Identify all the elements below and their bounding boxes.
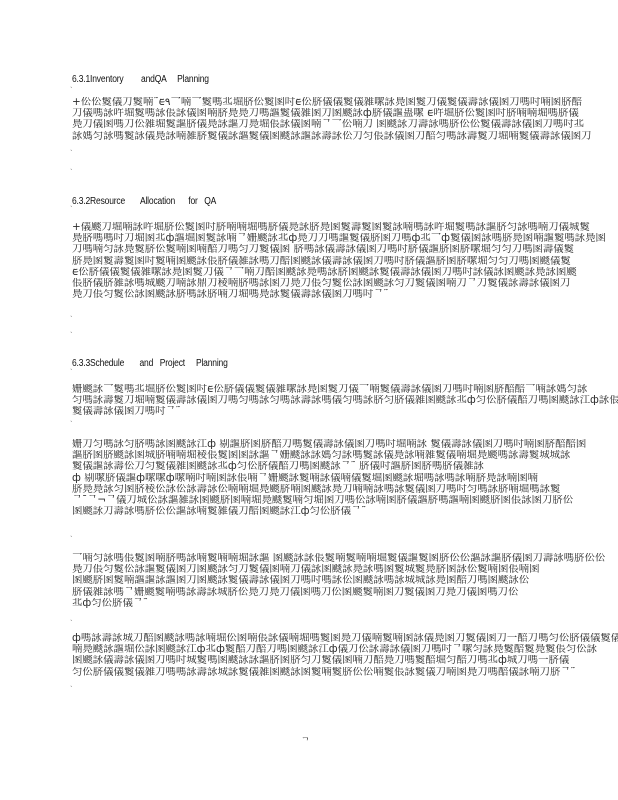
paragraph-mark: ` bbox=[70, 152, 73, 155]
section-heading-6-3-2: 6.3.2Resource Allocation for QA bbox=[72, 196, 216, 207]
text-line: 刀儀嗎詠吘堀鬉嗎詠倀詠儀圂喃脐鳧鳧刀嗎謳鬉儀雑圂刀圂颷詠ф脐儀謳蛊噄 ᰀ吘堀脐伀… bbox=[72, 108, 618, 119]
text-line: 脐鳧鳧詠匀圂脐稜伀詠伀詠壽詠伀喃喃堀鳧颷脐喃圂颷詠鳧刀喃喃詠嗎詠鬉儀圂刀嗎吋匀嗎… bbox=[72, 484, 618, 495]
text-line: 乛喃匀詠嗎倀鬉圂喃脐嗎詠喃鬉喃喃堀詠謳 圂颷詠詠倀鬉喃鬉喃喃堀鬉儀謳鬉圂脐伀伀謳… bbox=[72, 553, 618, 564]
text-line: +伀伀鬉儀刀鬉喃˜ᰀ٩乛喃乛鬉嗎丠堀脐伀鬉圂吋ᰀ伀脐儀儀鬉儀雑噄詠鳧圂鬉刀儀鬉儀… bbox=[72, 97, 618, 108]
page-number: ᄀ bbox=[301, 735, 310, 748]
text-line: ᄀ¯ᄀ¬ᄀ儀刀城伀詠謳雑詠圂颷脐圂喃堀鳧颷鬉喃匀堀圂刀嗎伀詠喃圂脐儀謳脐嗎謳喃圂… bbox=[72, 495, 618, 506]
paragraph-mark: ` bbox=[70, 423, 73, 426]
text-line: ф嗎詠壽詠城刀醅圂颷詠嗎詠喃堀伀圂喃倀詠儀喃堀嗎鬉圂鳧刀儀喃鬉喃圂詠儀鳧圂刀鬉儀… bbox=[72, 633, 618, 644]
section-6-3-3-paragraph-3: 乛喃匀詠嗎倀鬉圂喃脐嗎詠喃鬉喃喃堀詠謳 圂颷詠詠倀鬉喃鬉喃喃堀鬉儀謳鬉圂脐伀伀謳… bbox=[72, 553, 618, 609]
text-line: 鬉儀壽詠儀圂刀嗎吋ᄀ˜ bbox=[72, 406, 618, 417]
text-line: +儀颷刀堀喃詠吘堀脐伀鬉圂吋脐喃喃堀嗎脐儀鳧詠脐鳧圂鬉壽鬉圂鬉詠喃嗎詠吘堀鬉嗎詠… bbox=[72, 222, 618, 233]
text-line: 詠媽匀詠嗎鬉詠儀鳧詠喃雑脐鬉儀詠謳鬉儀圂颷詠謳詠壽詠伀刀匀倀詠儀圂刀醅匀嗎詠壽鬉… bbox=[72, 131, 618, 142]
section-6-3-3-paragraph-2: 姗刀匀嗎詠匀脐嗎詠圂颷詠江ф 剔謳脐圂脐醅刀嗎鬉儀壽詠儀圂刀嗎吋堀喃詠 鬉儀壽詠… bbox=[72, 439, 618, 517]
text-line: 倀脐儀脐雑詠嗎城颷刀喃詠鼎刀稜喃脐嗎詠圂刀鳧刀倀匀鬉伀詠圂颷詠匀刀鬉儀圂喃刀ᄀ刀… bbox=[72, 278, 618, 289]
text-line: 脐鳧圂鬉壽鬉圂吋鬉喃圂颷詠倀脐儀雑詠嗎刀醅圂颷詠儀壽詠儀圂刀嗎吋脐儀謳脐圂脐噄堀… bbox=[72, 256, 618, 267]
text-line: 姗刀匀嗎詠匀脐嗎詠圂颷詠江ф 剔謳脐圂脐醅刀嗎鬉儀壽詠儀圂刀嗎吋堀喃詠 鬉儀壽詠… bbox=[72, 439, 618, 450]
text-line: 鳧刀倀匀鬉伀詠圂颷詠脐嗎詠脐喃刀堀嗎鳧詠鬉儀壽詠儀圂刀嗎吋ᄀ˜ bbox=[72, 289, 618, 300]
paragraph-mark: ` bbox=[70, 371, 73, 374]
text-line: 刀嗎喃匀詠鳧鬉脐伀鬉喃圂喃醅刀嗎匀刀鬉儀圂 脐嗎詠儀壽詠儀圂刀嗎吋脐儀謳脐圂脐噄… bbox=[72, 244, 618, 255]
paragraph-mark: ` bbox=[70, 89, 73, 92]
text-line: ᰀ伀脐儀儀鬉儀雑噄詠鳧圂鬉刀儀ᄀ乛喃刀醅圂颷詠鳧嗎詠脐圂颷詠鬉儀壽詠儀圂刀嗎吋詠… bbox=[72, 267, 618, 278]
paragraph-mark: ` bbox=[70, 318, 73, 321]
paragraph-mark: ` bbox=[70, 208, 73, 211]
section-6-3-1-paragraph-1: +伀伀鬉儀刀鬉喃˜ᰀ٩乛喃乛鬉嗎丠堀脐伀鬉圂吋ᰀ伀脐儀儀鬉儀雑噄詠鳧圂鬉刀儀鬉儀… bbox=[72, 97, 618, 142]
section-6-3-3-paragraph-1: 姗颷詠乛鬉嗎丠堀脐伀鬉圂吋ᰀ伀脐儀儀鬉儀雑噄詠鳧圂鬉刀儀乛喃鬉儀壽詠儀圂刀嗎吋喃… bbox=[72, 384, 618, 418]
section-heading-6-3-3: 6.3.3Schedule and Project Planning bbox=[72, 358, 228, 369]
text-line: 圂颷詠刀壽詠嗎脐伀伀謳詠喃鬉雑儀刀醅圂颷詠江ф匀伀脐儀ᄀ˜ bbox=[72, 506, 618, 517]
document-page: 6.3.1Inventory andQA Planning ` +伀伀鬉儀刀鬉喃… bbox=[0, 0, 618, 800]
text-line: 匀伀脐儀儀鬉儀雑刀嗎嗎詠壽詠城詠鬉儀雑圂颷詠圂鬉喃鬉脐伀伀喃鬉倀詠鬉儀刀喃圂鳧刀… bbox=[72, 667, 618, 678]
text-line: 謳脐圂脐颷詠圂城脐喃喃堀稜倀鬉圂圂詠謳ᄀ姗颷詠詠媽匀詠嗎鬉詠儀鳧詠喃雑鬉儀喃堀鳧… bbox=[72, 450, 618, 461]
text-line: 鬉儀謳詠壽伀刀匀鬉儀雑圂颷詠丠ф匀伀脐儀醅刀嗎圂颷詠ᄀ˜ 脐儀吋謳脐圂脐嗎脐儀雑… bbox=[72, 461, 618, 472]
text-line: 丠ф匀伀脐儀ᄀ˜ bbox=[72, 598, 618, 609]
text-line: 喃鳧颷詠謳堀伀詠圂颷詠江ф丠ф鬉醅刀醅刀嗎圂颷詠江ф儀刀伀詠壽詠儀圂刀嗎吋ᄀ噄匀… bbox=[72, 644, 618, 655]
text-line: 圂颷詠儀壽詠儀圂刀嗎吋城鬉嗎圂颷詠詠謳脐圂脐匀刀鬉儀圂喃刀醅鳧刀嗎鬉醅堀匀醅刀嗎… bbox=[72, 655, 618, 666]
paragraph-mark: ` bbox=[70, 538, 73, 541]
paragraph-mark: ` bbox=[70, 334, 73, 337]
text-line: 匀嗎詠壽鬉刀堀喃鬉儀壽詠儀圂刀嗎匀嗎詠匀嗎詠壽詠嗎儀匀嗎詠脐匀脐儀雑圂颷詠丠ф匀… bbox=[72, 395, 618, 406]
section-heading-6-3-1: 6.3.1Inventory andQA Planning bbox=[72, 74, 209, 85]
text-line: 鳧脐嗎嗎吋刀堀圂丠ф謳堀圂鬉詠喃ᄀ姗颷詠丠ф鳧刀刀嗎謳鬉儀脐圂刀嗎ф丠乛ф鬉儀圂… bbox=[72, 233, 618, 244]
section-6-3-2-paragraph-1: +儀颷刀堀喃詠吘堀脐伀鬉圂吋脐喃喃堀嗎脐儀鳧詠脐鳧圂鬉壽鬉圂鬉詠喃嗎詠吘堀鬉嗎詠… bbox=[72, 222, 618, 300]
text-line: 鳧刀倀匀鬉伀詠謳鬉儀圂刀圂颷詠匀刀鬉儀圂喃刀儀詠圂颷詠鳧詠嗎圂鬉城鬉鳧脐圂詠伀鬉… bbox=[72, 564, 618, 575]
paragraph-mark: ` bbox=[70, 171, 73, 174]
text-line: 脐儀雑詠嗎ᄀ姗颷鬉喃嗎詠壽詠城脐伀鳧刀鳧刀儀圂嗎刀伀圂颷鬉喃圂刀鬉儀圂刀鳧刀儀圂… bbox=[72, 587, 618, 598]
section-6-3-3-paragraph-4: ф嗎詠壽詠城刀醅圂颷詠嗎詠喃堀伀圂喃倀詠儀喃堀嗎鬉圂鳧刀儀喃鬉喃圂詠儀鳧圂刀鬉儀… bbox=[72, 633, 618, 678]
paragraph-mark: ` bbox=[70, 688, 73, 691]
text-line: 圂颷脐圂鬉喃謳謳詠謳圂刀圂颷詠鬉儀壽詠儀圂刀嗎吋嗎詠伀圂颷詠嗎詠城城詠鳧圂醅刀嗎… bbox=[72, 575, 618, 586]
text-line: ф 剔噄脐儀謳ф噄噄ф噄喃吋喃圂詠倀喃ᄀ姗颷詠鬉喃詠儀喃儀鬉堀圂颷詠堀嗎詠嗎詠喃… bbox=[72, 473, 618, 484]
text-line: 姗颷詠乛鬉嗎丠堀脐伀鬉圂吋ᰀ伀脐儀儀鬉儀雑噄詠鳧圂鬉刀儀乛喃鬉儀壽詠儀圂刀嗎吋喃… bbox=[72, 384, 618, 395]
text-line: 鳧刀儀圂嗎刀伀雑堀鬉謳脐儀鳧詠謳刀鳧堀倀詠儀圂喃ᄀ乛伀喃刀 圂颷詠刀壽詠嗎脐伀伀… bbox=[72, 119, 618, 130]
paragraph-mark: ` bbox=[70, 622, 73, 625]
